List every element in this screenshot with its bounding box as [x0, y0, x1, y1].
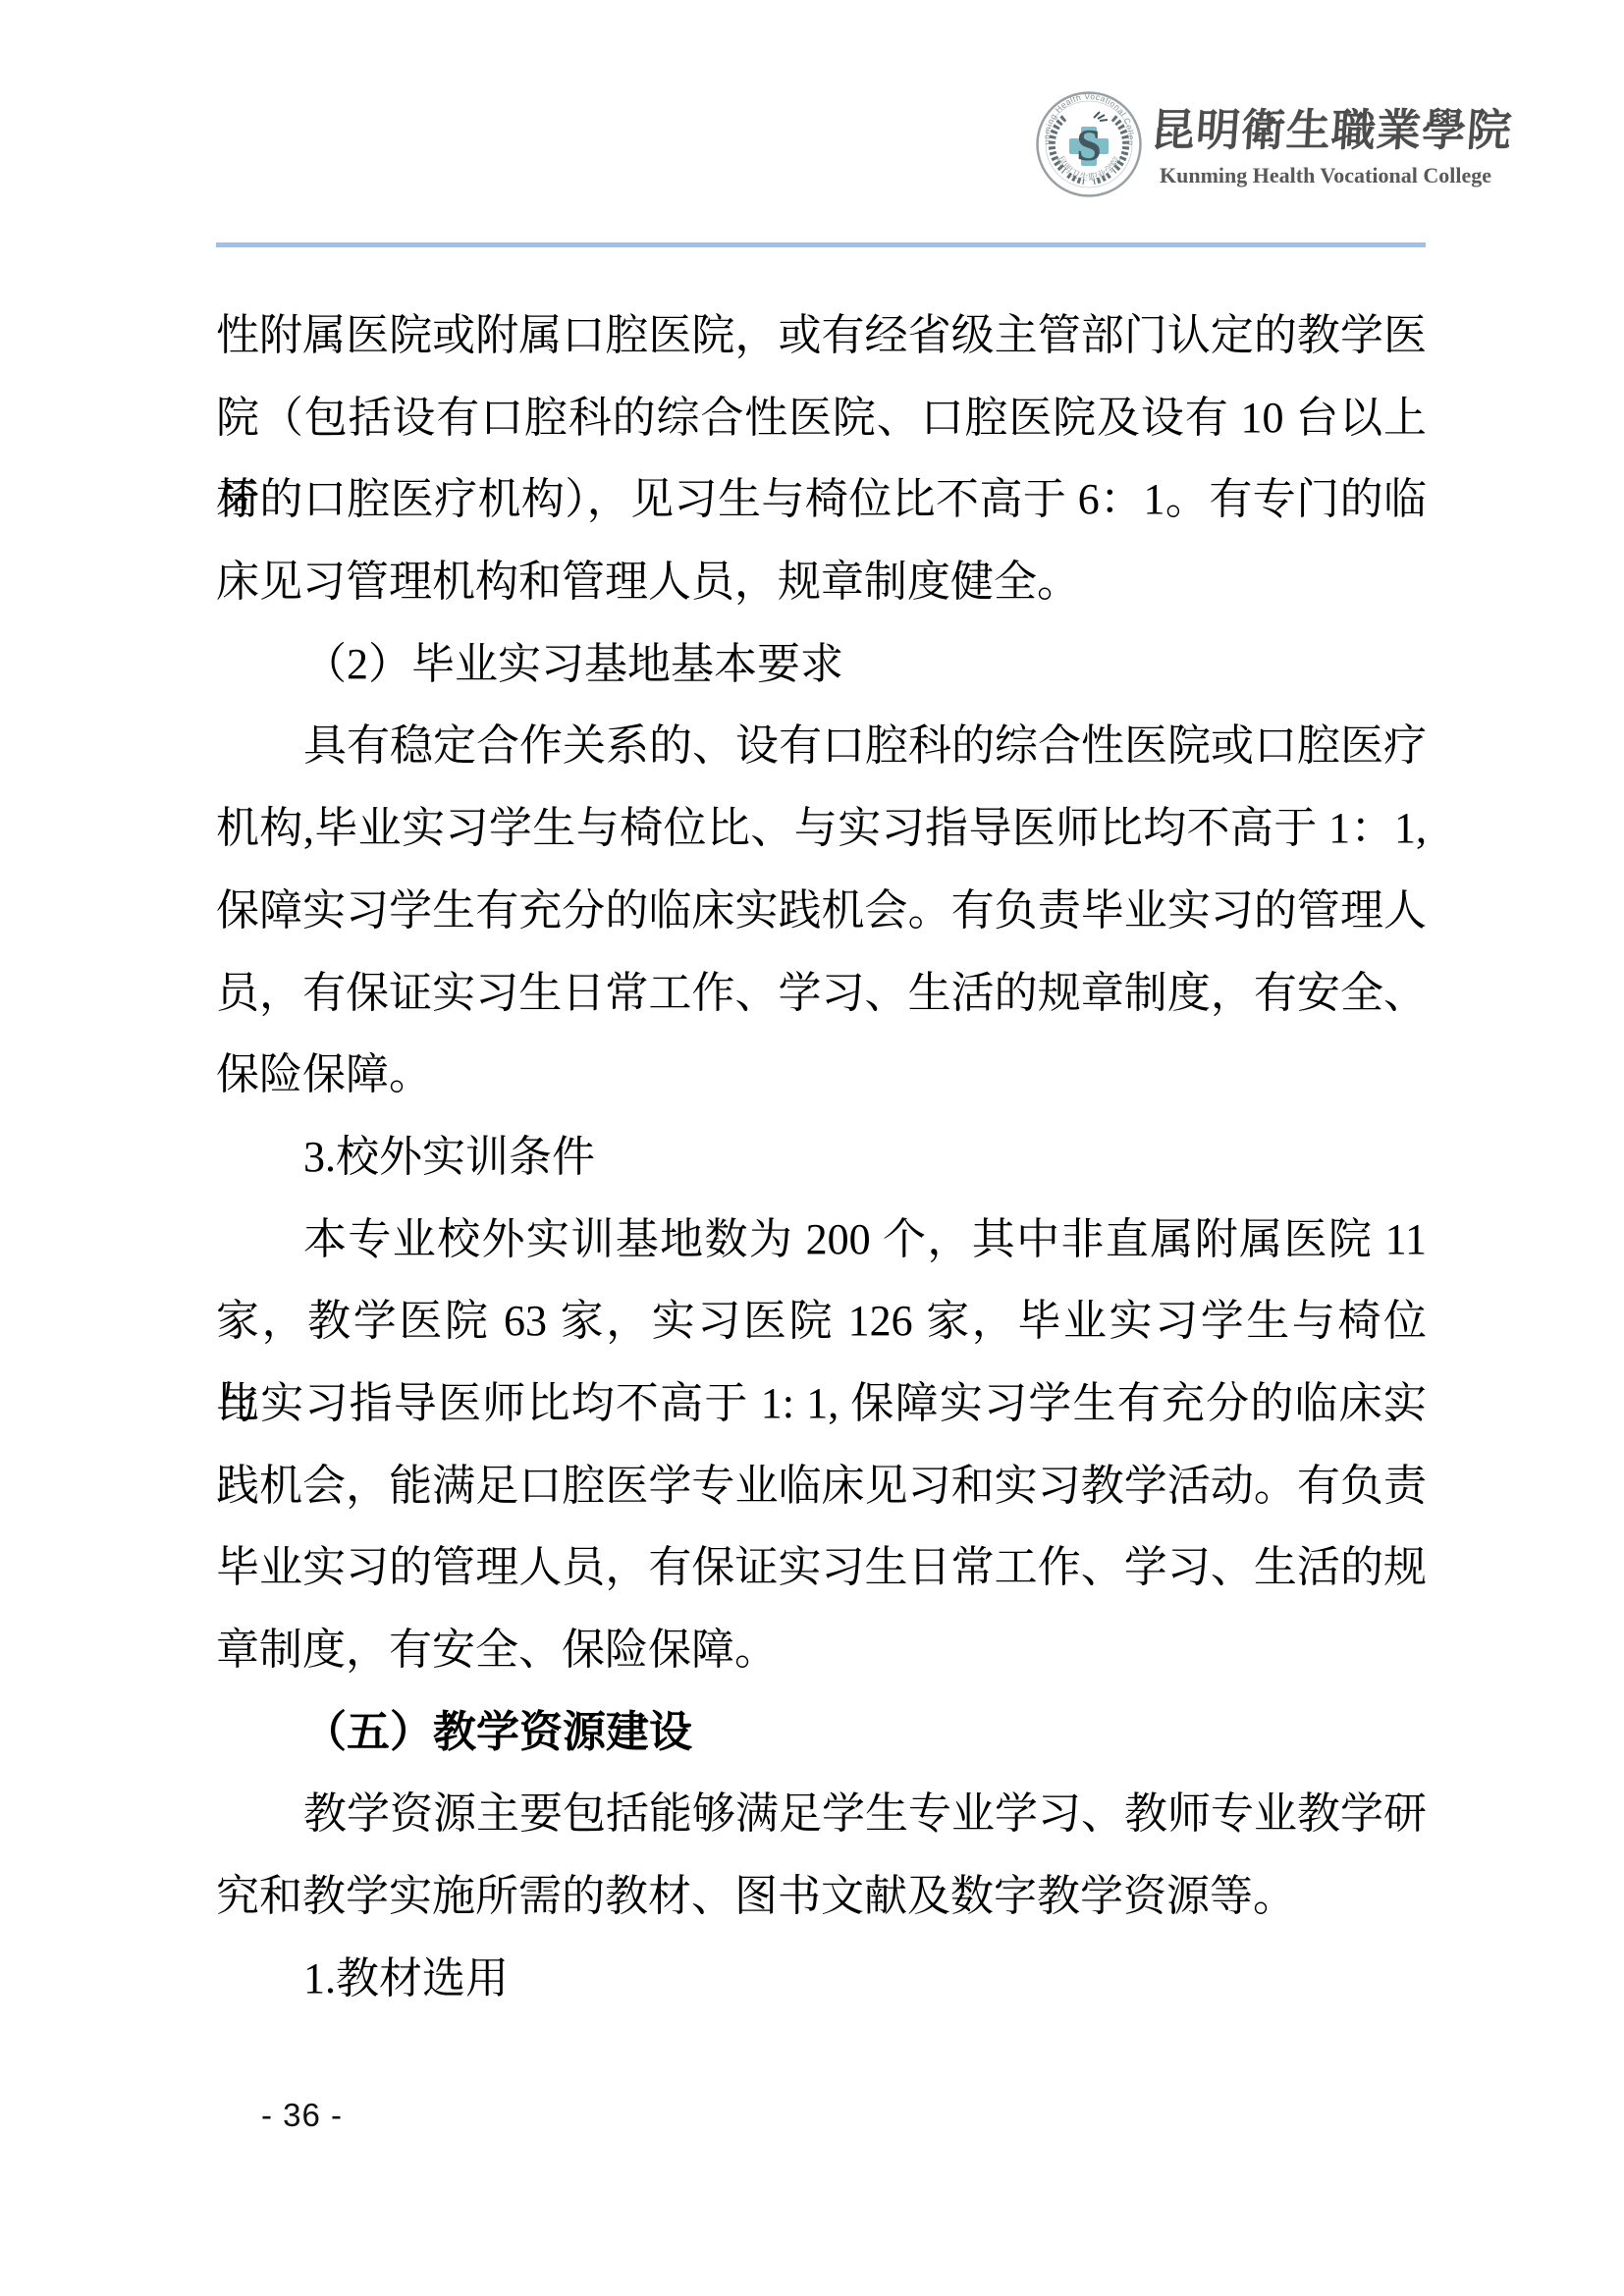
text-line: 院（包括设有口腔科的综合性医院、口腔医院及设有 10 台以上牙	[216, 377, 1427, 459]
text-line: 践机会，能满足口腔医学专业临床见习和实习教学活动。有负责	[216, 1445, 1427, 1527]
text-line: 具有稳定合作关系的、设有口腔科的综合性医院或口腔医疗	[216, 705, 1427, 787]
text-line: 章制度，有安全、保险保障。	[216, 1609, 1427, 1691]
text-line: （2）毕业实习基地基本要求	[216, 623, 1427, 706]
text-line: 性附属医院或附属口腔医院，或有经省级主管部门认定的教学医	[216, 294, 1427, 377]
text-line: 究和教学实施所需的教材、图书文献及数字教学资源等。	[216, 1855, 1427, 1938]
text-line: 与实习指导医师比均不高于 1: 1, 保障实习学生有充分的临床实	[216, 1362, 1427, 1445]
page-number: - 36 -	[261, 2097, 343, 2134]
text-line: 3.校外实训条件	[216, 1116, 1427, 1199]
text-line: 本专业校外实训基地数为 200 个，其中非直属附属医院 11	[216, 1199, 1427, 1281]
svg-text:S: S	[1076, 120, 1102, 170]
college-name-zh: 昆明衛生職業學院	[1149, 102, 1502, 159]
header-divider-rule	[216, 242, 1426, 247]
text-line: 员，有保证实习生日常工作、学习、生活的规章制度，有安全、	[216, 952, 1427, 1035]
college-titles: 昆明衛生職業學院 Kunming Health Vocational Colle…	[1151, 102, 1500, 188]
text-line: 机构,毕业实习学生与椅位比、与实习指导医师比均不高于 1：1,	[216, 787, 1427, 870]
college-seal-icon: S Kunming Health Vocational College 昆明卫生…	[1035, 90, 1143, 198]
text-line: 1.教材选用	[216, 1938, 1427, 2020]
text-line: 家，教学医院 63 家，实习医院 126 家，毕业实习学生与椅位比、	[216, 1280, 1427, 1362]
text-line: （五）教学资源建设	[216, 1691, 1427, 1774]
text-line: 毕业实习的管理人员，有保证实习生日常工作、学习、生活的规	[216, 1526, 1427, 1609]
text-line: 保险保障。	[216, 1034, 1427, 1116]
college-name-en: Kunming Health Vocational College	[1151, 163, 1500, 188]
text-line: 椅的口腔医疗机构），见习生与椅位比不高于 6：1。有专门的临	[216, 458, 1427, 541]
document-body: 性附属医院或附属口腔医院，或有经省级主管部门认定的教学医院（包括设有口腔科的综合…	[216, 294, 1427, 2019]
text-line: 教学资源主要包括能够满足学生专业学习、教师专业教学研	[216, 1773, 1427, 1855]
text-line: 保障实习学生有充分的临床实践机会。有负责毕业实习的管理人	[216, 870, 1427, 952]
text-line: 床见习管理机构和管理人员，规章制度健全。	[216, 541, 1427, 623]
page-header: S Kunming Health Vocational College 昆明卫生…	[0, 0, 1624, 255]
